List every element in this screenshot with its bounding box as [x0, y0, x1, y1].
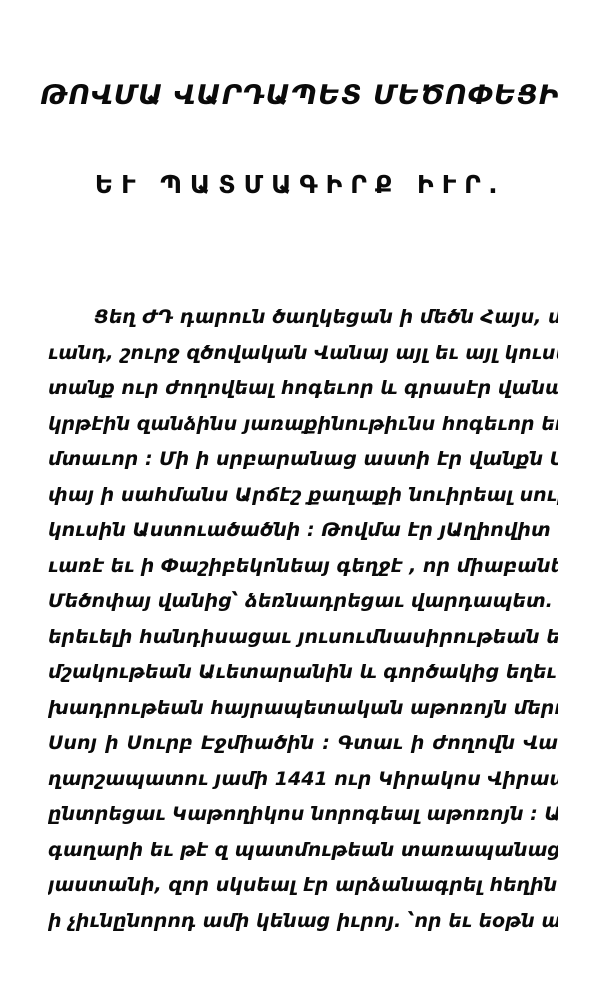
- document-title: ԹՈՎՄԱ ՎԱՐԴԱՊԵՏ ՄԵԾՈՓԵՑԻ: [0, 80, 600, 111]
- text-line: ընտրեցաւ Կաթողիկոս նորոգեալ աթոռոյն ։ Աս…: [48, 797, 558, 833]
- text-line: ւանդ, շուրջ զծովական Վանայ այլ եւ այլ կո…: [48, 336, 558, 372]
- body-paragraph: Ցեղ ԺԴ դարուն ծաղկեցան ի մեծն Հայս, մանա…: [48, 300, 558, 939]
- text-line: Ցեղ ԺԴ դարուն ծաղկեցան ի մեծն Հայս, մանա…: [48, 300, 558, 336]
- text-line: ղարշապատու յամի 1441 ուր Կիրակոս Վիրապեց…: [48, 762, 558, 798]
- text-line: փայ ի սահմանս Արճէշ քաղաքի նուիրեալ սուր…: [48, 478, 558, 514]
- text-line: կրթէին զանձինս յառաքինութիւնս հոգեւոր եւ…: [48, 407, 558, 443]
- text-line: խադրութեան հայրապետական աթոռոյն մերոյ ի: [48, 691, 558, 727]
- text-line: Սսոյ ի Սուրբ Էջմիածին ։ Գտաւ ի ժողովն Վա…: [48, 726, 558, 762]
- text-line: ւառէ եւ ի Փաշիբեկոնեայ գեղջէ , որ միաբան…: [48, 549, 558, 585]
- text-line: մտաւոր ։ Մի ի սրբարանաց աստի էր վանքն Մե…: [48, 442, 558, 478]
- text-line: յաստանի, զոր սկսեալ էր արձանագրել հեղինա…: [48, 868, 558, 904]
- text-line: տանք ուր ժողովեալ հոգեւոր և գրասէր վանակ…: [48, 371, 558, 407]
- text-line: կուսին Աստուածածնի ։ Թովմա էր յԱղիովիտ գ…: [48, 513, 558, 549]
- text-line: գաղարի եւ թէ զ պատմութեան տառապանաց Հա­: [48, 833, 558, 869]
- text-line: երեւելի հանդիսացաւ յուսումնասիրութեան եւ…: [48, 620, 558, 656]
- text-line: ի չիւնընորոդ ամի կենաց իւրոյ․ ՝որ եւ եօթ…: [48, 904, 558, 940]
- text-line: մշակութեան Աւետարանին և գործակից եղեւ փո…: [48, 655, 558, 691]
- document-page: ԹՈՎՄԱ ՎԱՐԴԱՊԵՏ ՄԵԾՈՓԵՑԻ ԵՒ ՊԱՏՄԱԳԻՐՔ ԻՒՐ…: [0, 0, 600, 995]
- text-line: Մեծոփայ վանից՝ ձեռնադրեցաւ վարդապետ․ եւ: [48, 584, 558, 620]
- document-subtitle: ԵՒ ՊԱՏՄԱԳԻՐՔ ԻՒՐ․: [0, 170, 600, 199]
